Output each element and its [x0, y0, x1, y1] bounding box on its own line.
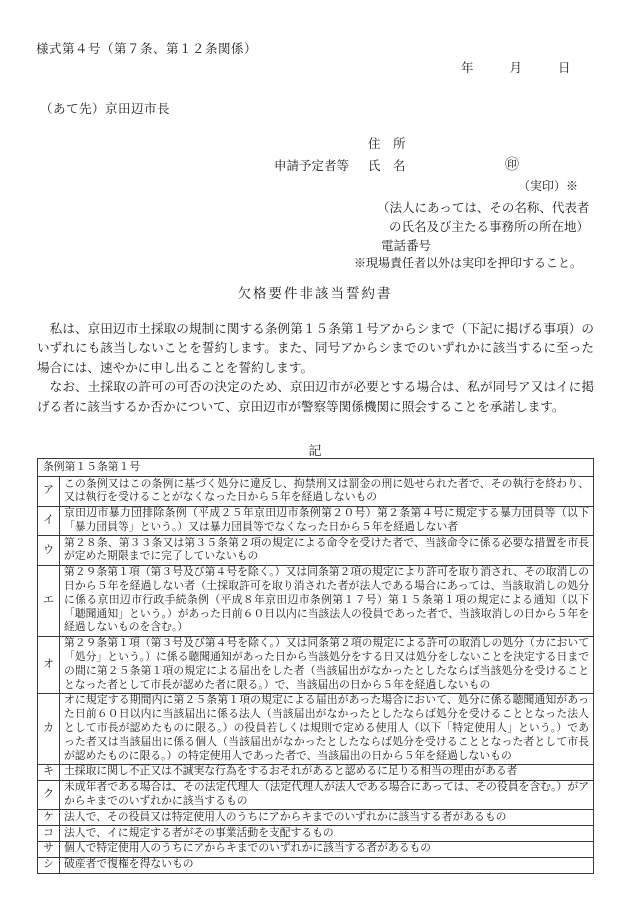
- conditions-table: 条例第１５条第１号 ア この条例又はこの条例に基づく処分に違反し、拘禁刑又は罰金…: [37, 458, 594, 874]
- row-label: エ: [38, 565, 60, 636]
- table-row: イ 京田辺市暴力団排除条例（平成２５年京田辺市条例第２０号）第２条第４号に規定す…: [38, 506, 594, 536]
- addressee: （あて先）京田辺市長: [40, 99, 170, 117]
- row-label: サ: [38, 841, 60, 857]
- table-row: カ オに規定する期間内に第２５条第１項の規定による届出があった場合において、処分…: [38, 693, 594, 764]
- row-label: ク: [38, 780, 60, 810]
- row-label: ウ: [38, 536, 60, 566]
- phone-label: 電話番号: [381, 236, 431, 254]
- row-label: オ: [38, 636, 60, 693]
- table-row: サ 個人で特定使用人のうちにアからキまでのいずれかに該当する者があるもの: [38, 841, 594, 857]
- document-title: 欠格要件非該当誓約書: [0, 282, 630, 302]
- row-text: この条例又はこの条例に基づく処分に違反し、拘禁刑又は罰金の刑に処せられた者で、そ…: [60, 477, 594, 507]
- body-paragraph: なお、土採取の許可の可否の決定のため、京田辺市が必要とする場合は、私が同号ア又は…: [37, 378, 594, 417]
- table-row: ア この条例又はこの条例に基づく処分に違反し、拘禁刑又は罰金の刑に処せられた者で…: [38, 477, 594, 507]
- row-text: 破産者で復権を得ないもの: [60, 857, 594, 873]
- row-label: コ: [38, 826, 60, 842]
- form-number: 様式第４号（第７条、第１２条関係）: [36, 39, 257, 57]
- table-header-row: 条例第１５条第１号: [38, 459, 594, 477]
- seal-mark-icon: ㊞: [505, 154, 519, 174]
- table-row: エ 第２９条第１項（第３号及び第４号を除く。）又は同条第２項の規定により許可を取…: [38, 565, 594, 636]
- row-text: 第２９条第１項（第３号及び第４号を除く。）又は同条第２項の規定により許可を取り消…: [60, 565, 594, 636]
- table-row: コ 法人で、イに規定する者がその事業活動を支配するもの: [38, 826, 594, 842]
- row-label: イ: [38, 506, 60, 536]
- table-row: キ 土採取に関し不正又は不誠実な行為をするおそれがあると認めるに足りる相当の理由…: [38, 764, 594, 780]
- row-text: 法人で、その役員又は特定使用人のうちにアからキまでのいずれかに該当する者があるも…: [60, 810, 594, 826]
- notation-mark: 記: [0, 440, 630, 459]
- row-text: 未成年者である場合は、その法定代理人（法定代理人が法人である場合にあっては、その…: [60, 780, 594, 810]
- row-text: 第２９条第１項（第３号及び第４号を除く。）又は同条第２項の規定による許可の取消し…: [60, 636, 594, 693]
- row-text: 個人で特定使用人のうちにアからキまでのいずれかに該当する者があるもの: [60, 841, 594, 857]
- row-label: カ: [38, 693, 60, 764]
- applicant-type-label: 申請予定者等: [274, 156, 349, 174]
- row-label: キ: [38, 764, 60, 780]
- row-text: オに規定する期間内に第２５条第１項の規定による届出があった場合において、処分に係…: [60, 693, 594, 764]
- date-line: 年 月 日: [461, 58, 571, 76]
- body-text: 私は、京田辺市土採取の規制に関する条例第１５条第１号アからシまで（下記に掲げる事…: [37, 320, 594, 417]
- date-year-label: 年: [461, 58, 474, 76]
- row-text: 土採取に関し不正又は不誠実な行為をするおそれがあると認めるに足りる相当の理由があ…: [60, 764, 594, 780]
- document-page: 様式第４号（第７条、第１２条関係） 年 月 日 （あて先）京田辺市長 住 所 申…: [0, 0, 630, 903]
- table-header: 条例第１５条第１号: [38, 459, 594, 477]
- corporation-note-line2: の氏名及び主たる事務所の所在地）: [389, 217, 589, 235]
- row-label: ア: [38, 477, 60, 507]
- row-text: 法人で、イに規定する者がその事業活動を支配するもの: [60, 826, 594, 842]
- body-paragraph: 私は、京田辺市土採取の規制に関する条例第１５条第１号アからシまで（下記に掲げる事…: [37, 320, 594, 378]
- table-row: オ 第２９条第１項（第３号及び第４号を除く。）又は同条第２項の規定による許可の取…: [38, 636, 594, 693]
- seal-instruction: ※現場責任者以外は実印を押印すること。: [354, 254, 582, 271]
- registered-seal-note: （実印）※: [518, 177, 578, 194]
- address-label: 住 所: [368, 134, 406, 152]
- date-day-label: 日: [558, 58, 571, 76]
- table-row: ケ 法人で、その役員又は特定使用人のうちにアからキまでのいずれかに該当する者があ…: [38, 810, 594, 826]
- table-row: ウ 第２８条、第３３条又は第３５条第２項の規定による命令を受けた者で、当該命令に…: [38, 536, 594, 566]
- row-label: シ: [38, 857, 60, 873]
- table-row: シ 破産者で復権を得ないもの: [38, 857, 594, 873]
- corporation-note-line1: （法人にあっては、その名称、代表者: [377, 198, 589, 216]
- name-label: 氏 名: [368, 156, 406, 174]
- date-month-label: 月: [510, 58, 523, 76]
- row-text: 第２８条、第３３条又は第３５条第２項の規定による命令を受けた者で、当該命令に係る…: [60, 536, 594, 566]
- table-row: ク 未成年者である場合は、その法定代理人（法定代理人が法人である場合にあっては、…: [38, 780, 594, 810]
- row-text: 京田辺市暴力団排除条例（平成２５年京田辺市条例第２０号）第２条第４号に規定する暴…: [60, 506, 594, 536]
- row-label: ケ: [38, 810, 60, 826]
